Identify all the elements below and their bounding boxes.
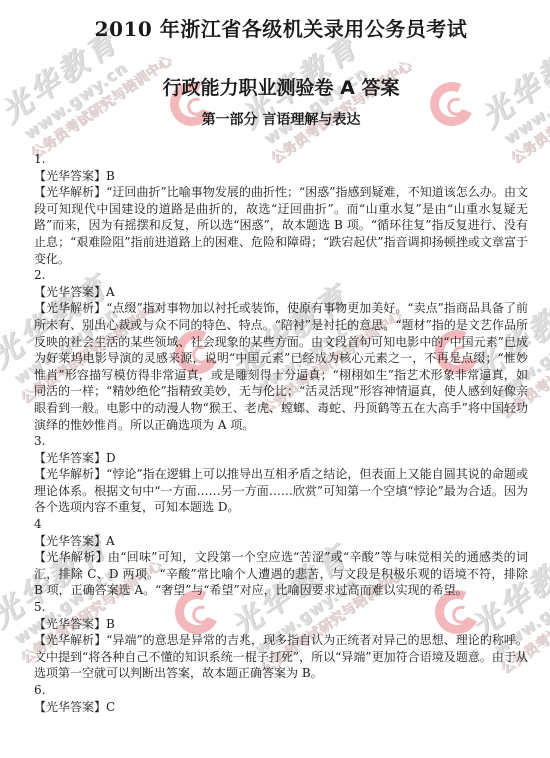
question-number: 1. [34,151,528,168]
question-item: 4 【光华答案】A 【光华解析】由“回味”可知，文段第一个空应选“苦涩”或“辛酸… [34,516,528,599]
answer-line: 【光华答案】C [34,699,528,716]
question-item: 5. 【光华答案】B 【光华解析】“异端”的意思是异常的吉兆，现多指自认为正统者… [34,599,528,682]
answer-line: 【光华答案】B [34,168,528,185]
question-number: 6. [34,682,528,699]
answer-value: A [106,285,115,299]
answer-value: C [106,700,115,714]
analysis-line: 【光华解析】“悖论”指在逻辑上可以推导出互相矛盾之结论，但表面上又能自圆其说的命… [34,466,528,516]
analysis-text: 由“回味”可知，文段第一个空应选“苦涩”或“辛酸”等与味觉相关的通感类的词汇，排… [34,550,528,597]
answer-line: 【光华答案】A [34,284,528,301]
answer-list: 1. 【光华答案】B 【光华解析】“迂回曲折”比喻事物发展的曲折性；“困惑”指感… [34,151,528,715]
answer-value: B [106,169,115,183]
question-number: 2. [34,267,528,284]
question-number: 4 [34,516,528,533]
document-title: 2010 年浙江省各级机关录用公务员考试 [34,0,528,41]
question-number: 5. [34,599,528,616]
analysis-text: “迂回曲折”比喻事物发展的曲折性；“困惑”指感到疑难，不知道该怎么办。由文段可知… [34,185,528,265]
answer-line: 【光华答案】A [34,533,528,550]
question-item: 6. 【光华答案】C [34,682,528,715]
answer-line: 【光华答案】D [34,450,528,467]
question-item: 2. 【光华答案】A 【光华解析】“点缀”指对事物加以衬托或装饰，使原有事物更加… [34,267,528,433]
question-item: 1. 【光华答案】B 【光华解析】“迂回曲折”比喻事物发展的曲折性；“困惑”指感… [34,151,528,267]
analysis-text: “悖论”指在逻辑上可以推导出互相矛盾之结论，但表面上又能自圆其说的命题或理论体系… [34,467,528,514]
question-number: 3. [34,433,528,450]
analysis-text: “点缀”指对事物加以衬托或装饰，使原有事物更加美好。“卖点”指商品具备了前所未有… [34,301,528,431]
answer-value: B [106,617,115,631]
answer-value: A [106,534,115,548]
analysis-line: 【光华解析】“异端”的意思是异常的吉兆，现多指自认为正统者对异己的思想、理论的称… [34,632,528,682]
document-page: 2010 年浙江省各级机关录用公务员考试 行政能力职业测验卷 A 答案 第一部分… [0,0,550,715]
analysis-line: 【光华解析】由“回味”可知，文段第一个空应选“苦涩”或“辛酸”等与味觉相关的通感… [34,549,528,599]
question-item: 3. 【光华答案】D 【光华解析】“悖论”指在逻辑上可以推导出互相矛盾之结论，但… [34,433,528,516]
answer-line: 【光华答案】B [34,616,528,633]
analysis-line: 【光华解析】“迂回曲折”比喻事物发展的曲折性；“困惑”指感到疑难，不知道该怎么办… [34,184,528,267]
section-heading: 第一部分 言语理解与表达 [34,97,528,129]
analysis-line: 【光华解析】“点缀”指对事物加以衬托或装饰，使原有事物更加美好。“卖点”指商品具… [34,300,528,433]
answer-value: D [106,451,116,465]
analysis-text: “异端”的意思是异常的吉兆，现多指自认为正统者对异己的思想、理论的称呼。文中提到… [34,633,528,680]
document-subtitle: 行政能力职业测验卷 A 答案 [34,41,528,97]
